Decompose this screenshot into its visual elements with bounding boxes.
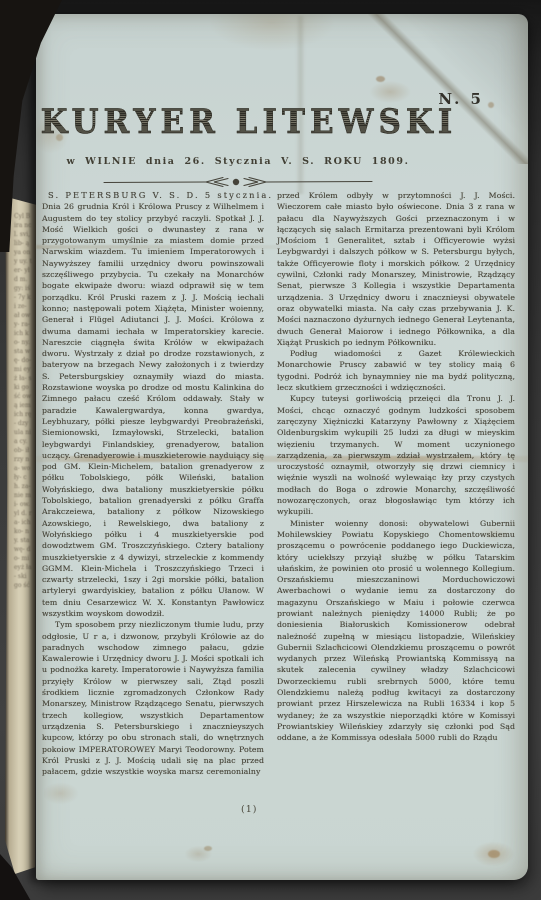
scanned-newspaper-view: Cyl Bira ncl. svi, lib- ąya ony uy. ter-…: [0, 0, 541, 900]
sheet-signature: (1): [241, 804, 257, 815]
right-column: przed Królem odbyły w przytomności J. J.…: [277, 190, 515, 777]
body-columns: S. PETERSBURG V. S. D. 5 stycznia. Dnia …: [42, 190, 515, 777]
paragraph: Kupcy tuteysi gorliwością przeięci dla T…: [277, 393, 515, 517]
foxing-speck: [376, 76, 385, 82]
masthead-dateline: w WILNIE dnia 26. Stycznia V. S. ROKU 18…: [36, 156, 440, 167]
masthead-title: KURYER LITEWSKI: [36, 102, 462, 142]
foxing-speck: [488, 850, 500, 858]
paragraph: Dnia 26 grudnia Król i Królowa Pruscy z …: [42, 201, 264, 619]
paragraph: Minister woienny donosi: obywatelowi Gub…: [277, 518, 515, 744]
newspaper-page: N. 5 KURYER LITEWSKI w WILNIE dnia 26. S…: [36, 14, 528, 880]
foxing-speck: [204, 846, 212, 851]
foxing-speck: [336, 644, 341, 649]
previous-page-text-fragments: Cyl Bira ncl. svi, lib- ąya ony uy. ter-…: [14, 212, 32, 852]
previous-page-remnant: Cyl Bira ncl. svi, lib- ąya ony uy. ter-…: [5, 198, 36, 874]
printers-rule-ornament-icon: [102, 175, 374, 189]
article-heading: S. PETERSBURG V. S. D. 5 stycznia.: [42, 190, 264, 201]
left-column: S. PETERSBURG V. S. D. 5 stycznia. Dnia …: [42, 190, 264, 777]
paragraph: przed Królem odbyły w przytomności J. J.…: [277, 190, 515, 348]
foxing-speck: [488, 102, 494, 108]
paragraph: Tym sposobem przy niezliczonym tłumie lu…: [42, 619, 264, 777]
paragraph: Podług wiadomości z Gazet Królewieckich …: [277, 348, 515, 393]
foxing-speck: [56, 134, 63, 141]
